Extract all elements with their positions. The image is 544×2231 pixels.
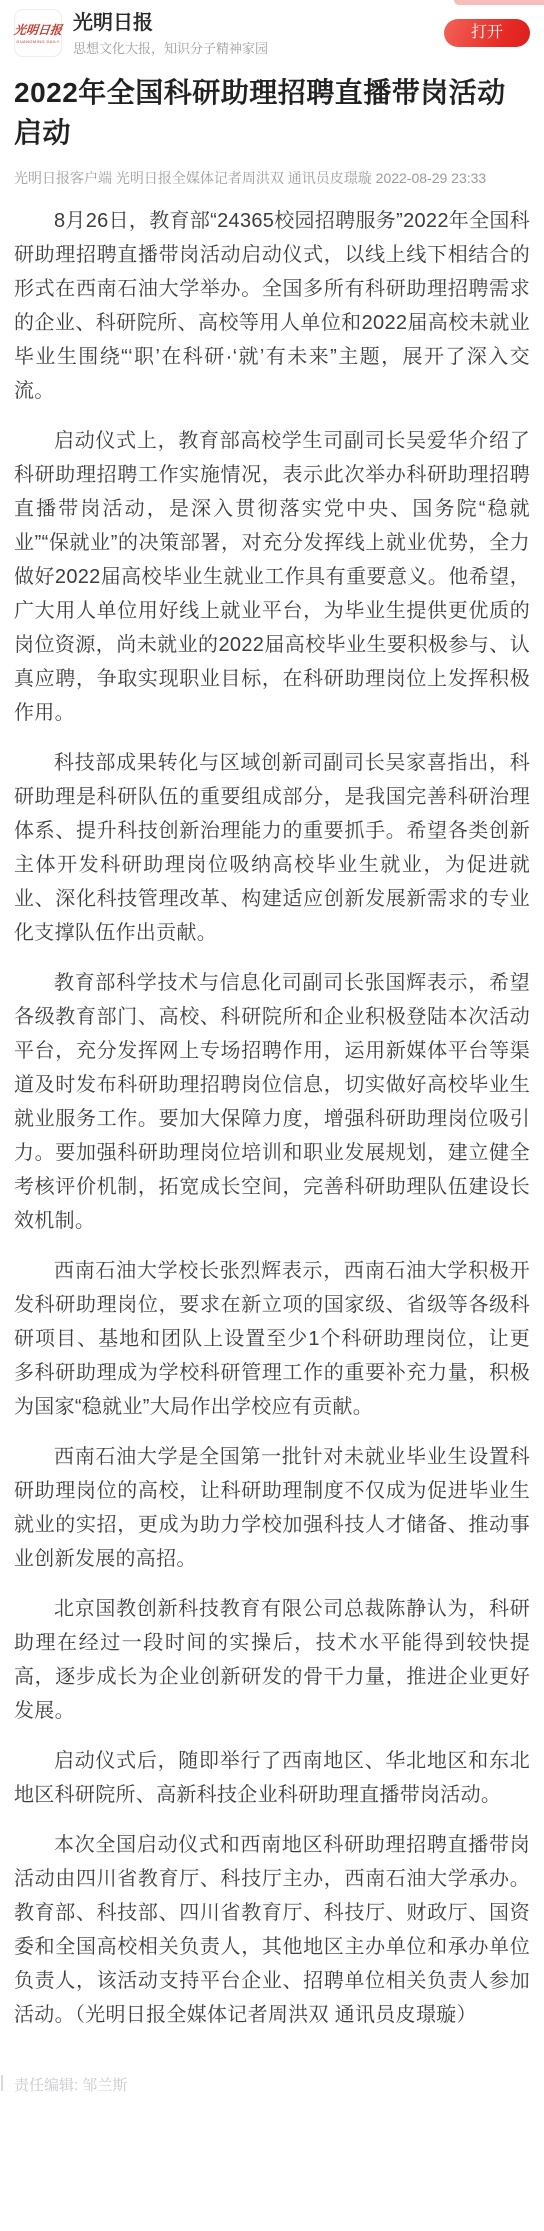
article-title: 2022年全国科研助理招聘直播带岗活动启动: [14, 73, 530, 153]
app-name: 光明日报: [73, 9, 444, 35]
logo-calligraphy-text: 光明日报: [13, 23, 62, 37]
article-paragraph: 西南石油大学是全国第一批针对未就业毕业生设置科研助理岗位的高校，让科研助理制度不…: [14, 1440, 530, 1576]
article-content: 2022年全国科研助理招聘直播带岗活动启动 光明日报客户端 光明日报全媒体记者周…: [0, 63, 544, 2032]
editor-credit: 责任编辑: 邹兰斯: [14, 2077, 127, 2094]
app-info: 光明日报 思想文化大报，知识分子精神家园: [73, 9, 444, 57]
guangming-daily-logo[interactable]: 光明日报 GUANGMING DAILY: [14, 9, 62, 57]
article-paragraph: 教育部科学技术与信息化司副司长张国辉表示，希望各级教育部门、高校、科研院所和企业…: [14, 966, 530, 1238]
logo-subtitle-text: GUANGMING DAILY: [16, 39, 60, 44]
article-paragraph: 北京国教创新科技教育有限公司总裁陈静认为，科研助理在经过一段时间的实操后，技术水…: [14, 1592, 530, 1728]
app-tagline: 思想文化大报，知识分子精神家园: [73, 38, 444, 57]
article-page: 光明日报 GUANGMING DAILY 光明日报 思想文化大报，知识分子精神家…: [0, 0, 544, 2231]
article-paragraph: 启动仪式后，随即举行了西南地区、华北地区和东北地区科研院所、高新科技企业科研助理…: [14, 1744, 530, 1812]
article-byline: 光明日报客户端 光明日报全媒体记者周洪双 通讯员皮璟璇 2022-08-29 2…: [14, 168, 530, 188]
article-paragraph: 启动仪式上，教育部高校学生司副司长吴爱华介绍了科研助理招聘工作实施情况，表示此次…: [14, 424, 530, 730]
footer-left-tick: [1, 2075, 3, 2091]
article-paragraph: 西南石油大学校长张烈辉表示，西南石油大学积极开发科研助理岗位，要求在新立项的国家…: [14, 1254, 530, 1424]
article-footer: 责任编辑: 邹兰斯: [0, 2074, 544, 2095]
open-app-button[interactable]: 打开: [444, 19, 530, 47]
article-paragraph: 8月26日，教育部“24365校园招聘服务”2022年全国科研助理招聘直播带岗活…: [14, 204, 530, 408]
article-paragraph: 本次全国启动仪式和西南地区科研助理招聘直播带岗活动由四川省教育厅、科技厅主办，西…: [14, 1828, 530, 2032]
clipped-banner-remnant: [454, 0, 544, 5]
article-body: 8月26日，教育部“24365校园招聘服务”2022年全国科研助理招聘直播带岗活…: [14, 204, 530, 2032]
app-header: 光明日报 GUANGMING DAILY 光明日报 思想文化大报，知识分子精神家…: [0, 0, 544, 63]
article-paragraph: 科技部成果转化与区域创新司副司长吴家喜指出，科研助理是科研队伍的重要组成部分，是…: [14, 746, 530, 950]
